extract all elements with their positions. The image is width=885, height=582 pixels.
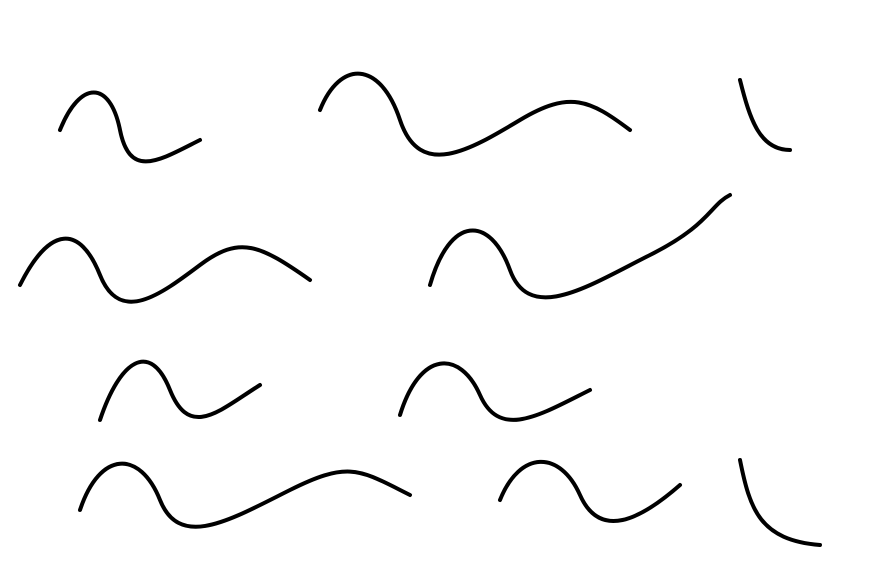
abstract-scribble-icon: [60, 430, 850, 570]
signature-line-2: Handwritten cursive signature line 2 (re…: [10, 185, 750, 310]
signature-line-4: Handwritten cursive signature line 4 (re…: [60, 430, 850, 570]
abstract-scribble-icon: [60, 320, 620, 430]
signature-line-1: Handwritten cursive signature line 1 (re…: [50, 40, 810, 170]
abstract-scribble-icon: [10, 185, 750, 310]
abstract-scribble-icon: [50, 40, 810, 170]
signature-sheet: Handwritten cursive signature line 1 (re…: [0, 0, 885, 582]
signature-line-3: Handwritten cursive signature line 3 (re…: [60, 320, 620, 430]
